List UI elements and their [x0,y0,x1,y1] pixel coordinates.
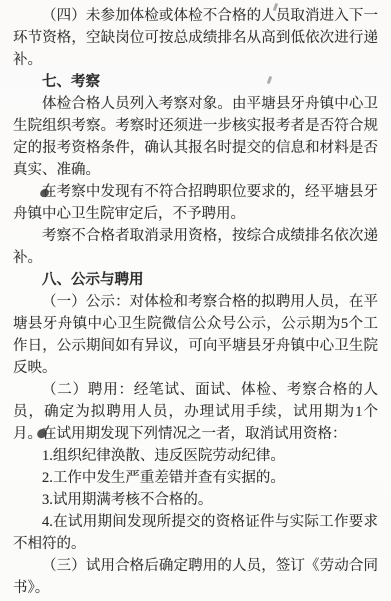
paragraph: （四）未参加体检或体检不合格的人员取消进入下一环节资格，空缺岗位可按总成绩排名从… [13,5,378,71]
document-text-block: （四）未参加体检或体检不合格的人员取消进入下一环节资格，空缺岗位可按总成绩排名从… [13,5,378,599]
paragraph: 体检合格人员列入考察对象。由平塘县牙舟镇中心卫生院组织考察。考察时还须进一步核实… [13,93,378,181]
paragraph: 考察不合格者取消录用资格，按综合成绩排名依次递补。 [13,225,378,269]
paragraph: 在考察中发现有不符合招聘职位要求的，经平塘县牙舟镇中心卫生院审定后，不予聘用。 [13,181,378,225]
paragraph: 3.试用期满考核不合格的。 [13,489,378,511]
document-page: （四）未参加体检或体检不合格的人员取消进入下一环节资格，空缺岗位可按总成绩排名从… [0,0,391,601]
paragraph: （三）试用合格后确定聘用的人员，签订《劳动合同书》。 [13,555,378,599]
section-heading: 八、公示与聘用 [13,269,378,291]
paragraph: （二）聘用：经笔试、面试、体检、考察合格的人员，确定为拟聘用人员，办理试用手续，… [13,379,378,445]
paragraph: 4.在试用期间发现所提交的资格证件与实际工作要求不相符的。 [13,511,378,555]
paragraph: 2.工作中发生严重差错并查有实据的。 [13,467,378,489]
paragraph: （一）公示：对体检和考察合格的拟聘用人员，在平塘县牙舟镇中心卫生院微信公众号公示… [13,291,378,379]
section-heading: 七、考察 [13,71,378,93]
paragraph: 1.组织纪律涣散、违反医院劳动纪律。 [13,445,378,467]
